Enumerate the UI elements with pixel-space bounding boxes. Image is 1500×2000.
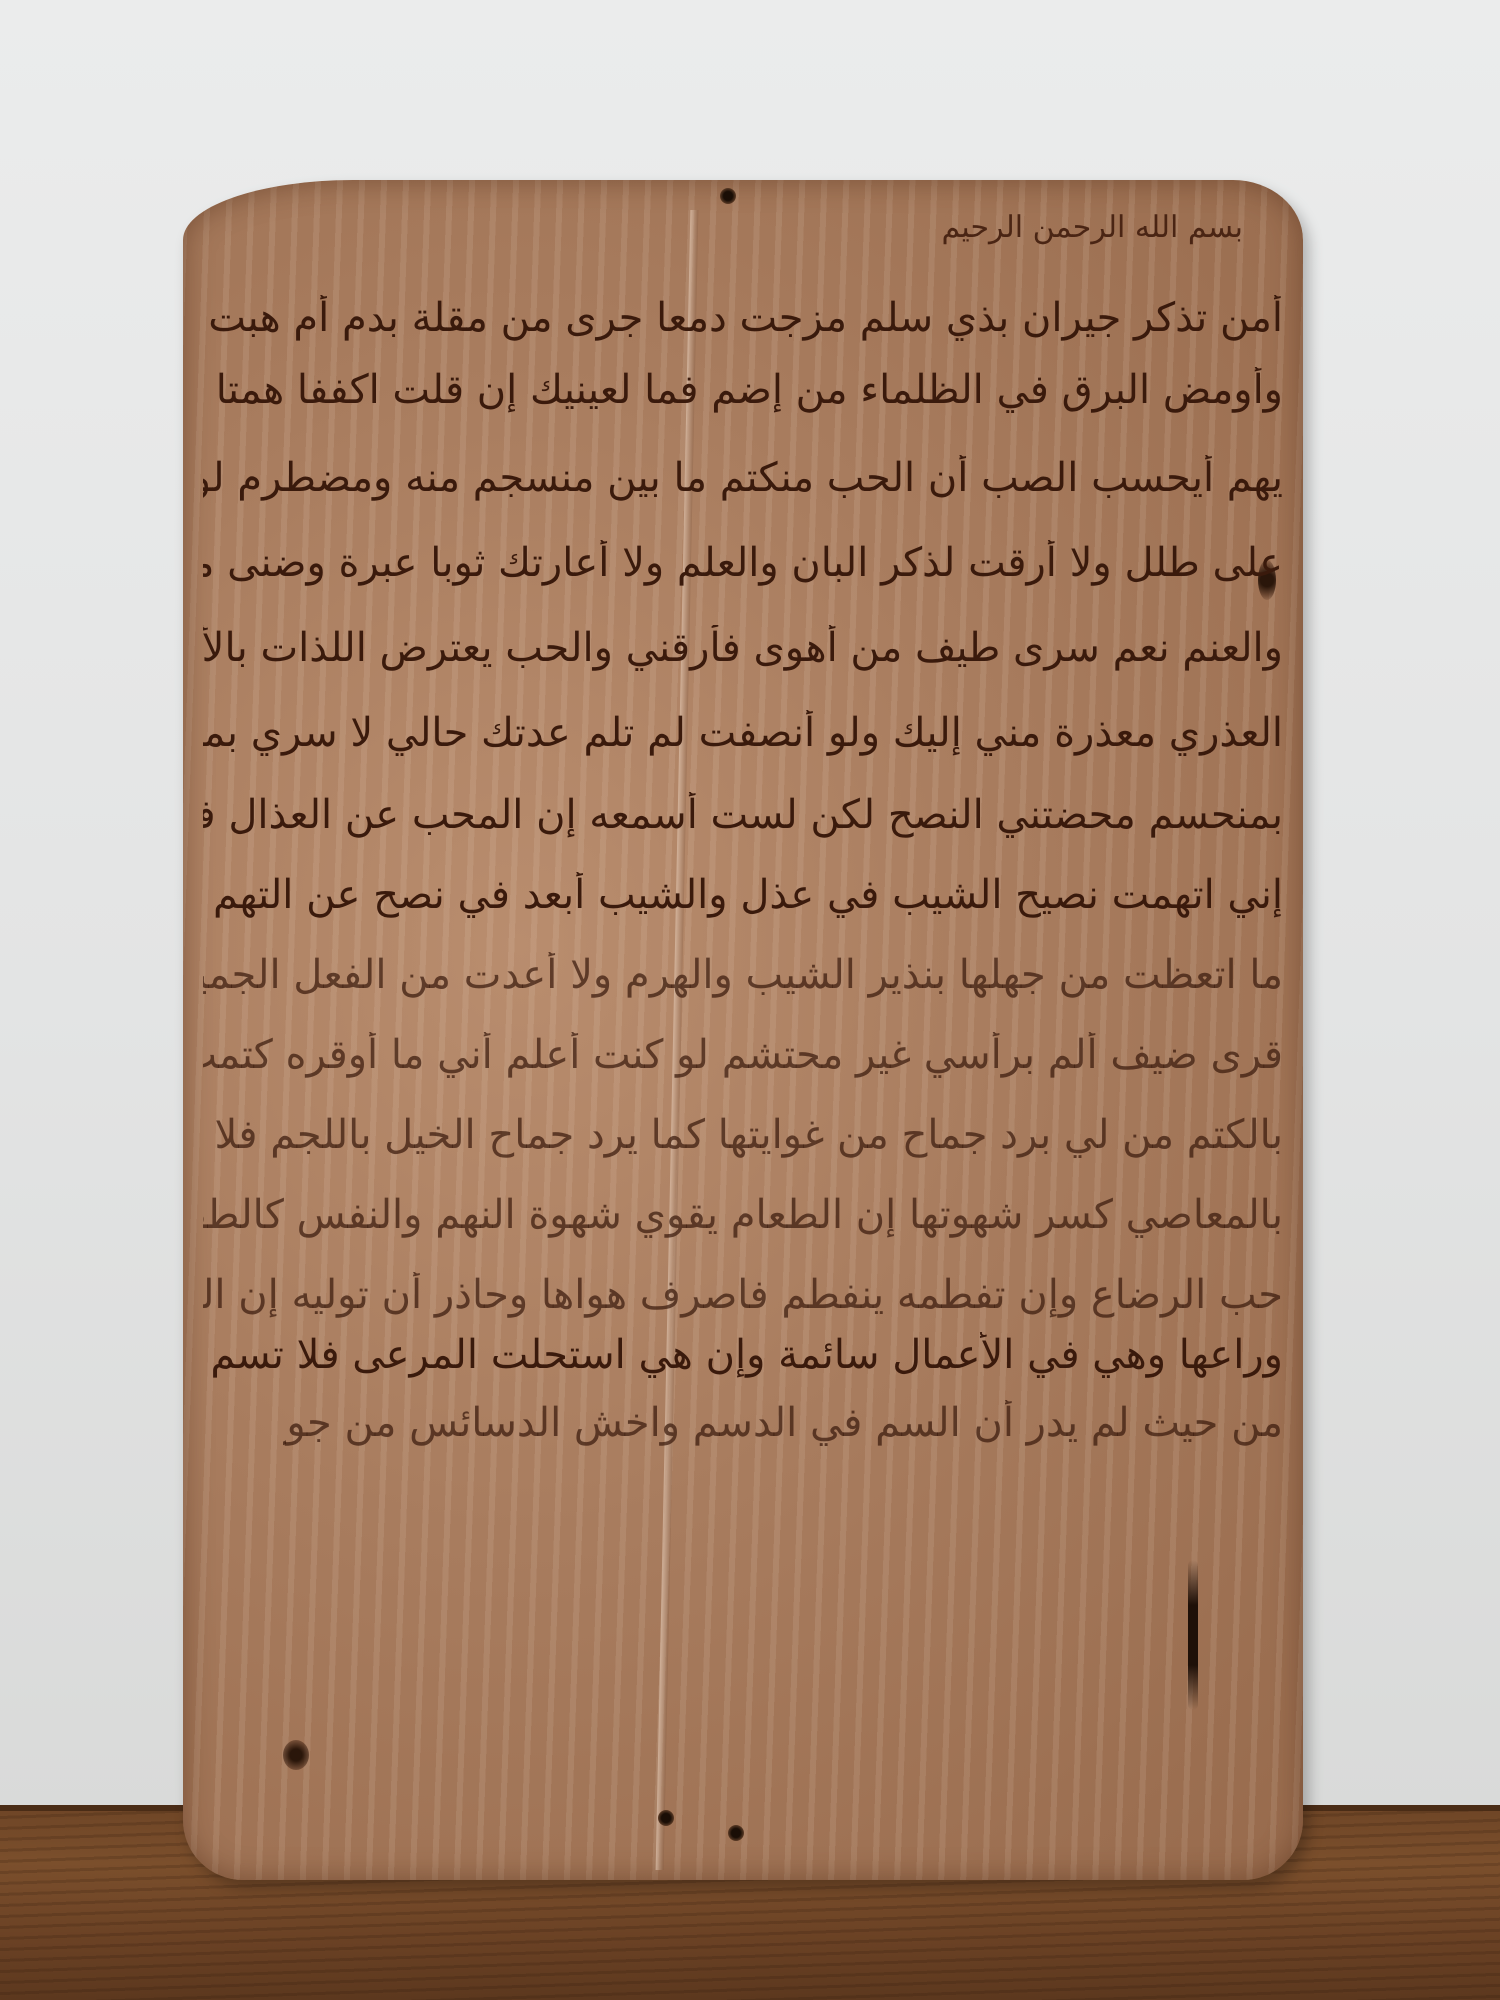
- wood-knot: [283, 1740, 309, 1770]
- hole-bottom-right: [728, 1825, 744, 1841]
- wooden-writing-tablet: بسم الله الرحمن الرحيم أمن تذكر جيران بذ…: [183, 180, 1303, 1880]
- text-line-10: قرى ضيف ألم برأسي غير محتشم لو كنت أعلم …: [203, 1032, 1283, 1078]
- text-line-14: وراعها وهي في الأعمال سائمة وإن هي استحل…: [203, 1332, 1283, 1378]
- text-line-8: إني اتهمت نصيح الشيب في عذل والشيب أبعد …: [203, 872, 1283, 918]
- basmala-header: بسم الله الرحمن الرحيم: [941, 210, 1243, 245]
- text-line-5: والعنم نعم سرى طيف من أهوى فأرقني والحب …: [203, 625, 1283, 671]
- wood-crack: [1188, 1560, 1198, 1710]
- text-line-1: أمن تذكر جيران بذي سلم مزجت دمعا جرى من …: [203, 295, 1283, 341]
- hanging-hole-top: [720, 188, 736, 204]
- text-line-2: وأومض البرق في الظلماء من إضم فما لعينيك…: [203, 367, 1283, 413]
- text-line-3: يهم أيحسب الصب أن الحب منكتم ما بين منسج…: [203, 455, 1283, 501]
- text-line-7: بمنحسم محضتني النصح لكن لست أسمعه إن الم…: [203, 792, 1283, 838]
- text-line-13: حب الرضاع وإن تفطمه ينفطم فاصرف هواها وح…: [203, 1272, 1283, 1318]
- text-line-15: من حيث لم يدر أن السم في الدسم واخش الدس…: [283, 1400, 1283, 1446]
- hole-bottom-left: [658, 1810, 674, 1826]
- text-line-11: بالكتم من لي برد جماح من غوايتها كما يرد…: [203, 1112, 1283, 1158]
- text-line-6: العذري معذرة مني إليك ولو أنصفت لم تلم ع…: [203, 710, 1283, 756]
- text-line-12: بالمعاصي كسر شهوتها إن الطعام يقوي شهوة …: [203, 1192, 1283, 1238]
- text-line-4: على طلل ولا أرقت لذكر البان والعلم ولا أ…: [203, 540, 1283, 586]
- text-line-9: ما اتعظت من جهلها بنذير الشيب والهرم ولا…: [203, 952, 1283, 998]
